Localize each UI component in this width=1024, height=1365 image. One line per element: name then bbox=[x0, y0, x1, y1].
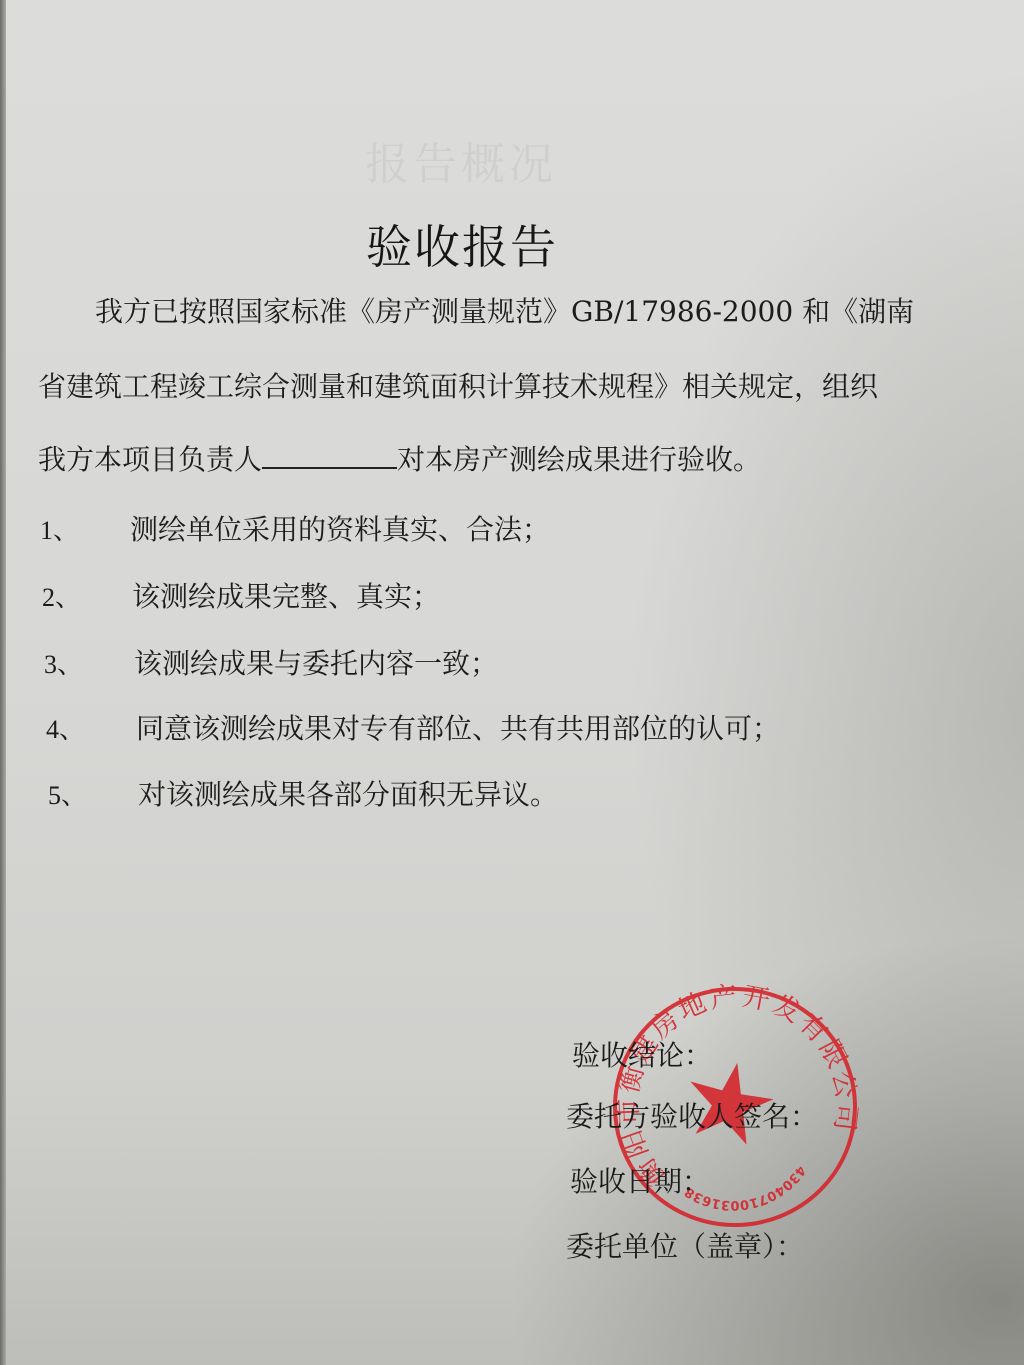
unit-seal-label: 委托单位（盖章）： bbox=[566, 1225, 804, 1265]
item-text: 对该测绘成果各部分面积无异议。 bbox=[138, 778, 558, 811]
item-text: 该测绘成果与委托内容一致； bbox=[134, 647, 498, 680]
responsible-person-blank bbox=[262, 443, 397, 469]
paragraph-line-1: 我方已按照国家标准《房产测量规范》GB/17986-2000 和《湖南 bbox=[95, 290, 914, 330]
item-text: 测绘单位采用的资料真实、合法； bbox=[130, 513, 550, 546]
list-item: 5、对该测绘成果各部分面积无异议。 bbox=[48, 773, 558, 813]
list-item: 4、同意该测绘成果对专有部位、共有共用部位的认可； bbox=[46, 707, 780, 747]
date-label: 验收日期： bbox=[570, 1160, 710, 1200]
binding-edge bbox=[0, 0, 6, 1365]
paragraph-line-3-end: 对本房产测绘成果进行验收。 bbox=[397, 443, 761, 476]
item-number: 1、 bbox=[40, 510, 130, 547]
item-number: 3、 bbox=[44, 644, 134, 681]
item-text: 该测绘成果完整、真实； bbox=[132, 580, 440, 613]
paragraph-line-3-start: 我方本项目负责人 bbox=[38, 443, 262, 476]
list-item: 2、该测绘成果完整、真实； bbox=[42, 575, 440, 615]
paragraph-line-3: 我方本项目负责人对本房产测绘成果进行验收。 bbox=[38, 438, 761, 478]
conclusion-label: 验收结论： bbox=[572, 1034, 712, 1074]
list-item: 3、该测绘成果与委托内容一致； bbox=[44, 642, 498, 682]
bleed-through-heading: 报告概况 bbox=[365, 128, 557, 192]
item-number: 2、 bbox=[42, 577, 132, 614]
page-title: 验收报告 bbox=[0, 211, 974, 277]
paragraph-line-2: 省建筑工程竣工综合测量和建筑面积计算技术规程》相关规定，组织 bbox=[38, 365, 878, 405]
item-number: 4、 bbox=[46, 709, 136, 746]
signer-label: 委托方验收人签名： bbox=[566, 1095, 818, 1135]
list-item: 1、测绘单位采用的资料真实、合法； bbox=[40, 508, 550, 548]
item-text: 同意该测绘成果对专有部位、共有共用部位的认可； bbox=[136, 712, 780, 745]
item-number: 5、 bbox=[48, 775, 138, 812]
